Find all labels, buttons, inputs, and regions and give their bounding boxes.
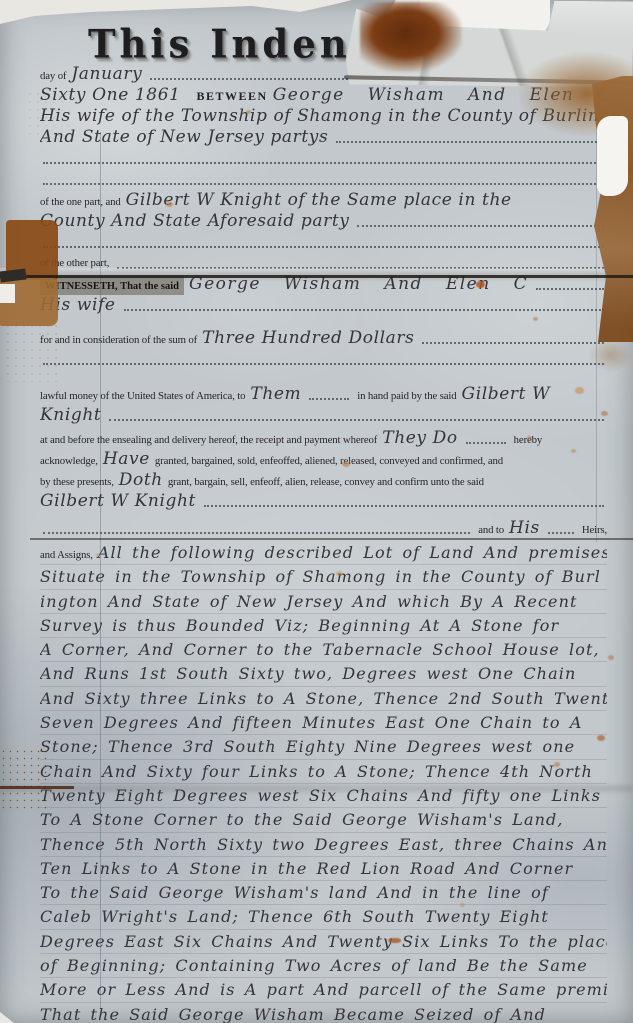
printed-text: grant, bargain, sell, enfeoff, alien, re… — [168, 472, 484, 491]
handwritten-text: Gilbert W Knight — [40, 491, 196, 512]
handwritten-text: His — [509, 518, 540, 539]
handwritten-text: Survey is thus Bounded Viz; Beginning At… — [40, 614, 559, 637]
scanned-deed-page: This Indenture MADE THE Twenty First day… — [0, 0, 633, 1023]
document-line: Degrees East Six Chains And Twenty Six L… — [40, 930, 607, 954]
document-line — [40, 349, 607, 370]
handwritten-text: His wife — [40, 295, 116, 316]
torn-hole-right — [597, 116, 628, 196]
document-line: Seven Degrees And fifteen Minutes East O… — [40, 711, 607, 735]
handwritten-text: Situate in the Township of Shamong in th… — [40, 565, 601, 588]
foxing-spot — [336, 571, 343, 576]
document-line: And Runs 1st South Sixty two, Degrees we… — [40, 662, 607, 686]
section-payment: lawful money of the United States of Ame… — [40, 384, 607, 426]
fill-line — [124, 309, 604, 311]
document-line: Caleb Wright's Land; Thence 6th South Tw… — [40, 905, 607, 929]
foxing-spot — [476, 281, 485, 288]
document-line: Ten Links to A Stone in the Red Lion Roa… — [40, 857, 607, 881]
document-line: More or Less And is A part And parcell o… — [40, 978, 607, 1002]
handwritten-text: To the Said George Wisham's land And in … — [40, 881, 549, 904]
handwritten-text: Them — [250, 384, 301, 405]
handwritten-text: Doth — [119, 470, 163, 491]
handwritten-text: They Do — [382, 428, 457, 449]
foxing-spot — [608, 655, 614, 660]
printed-bold-text: BETWEEN — [197, 86, 268, 106]
handwritten-text: All the following described Lot of Land … — [98, 541, 607, 564]
foxing-spot — [166, 202, 173, 207]
document-line — [40, 232, 607, 253]
handwritten-text: Chain And Sixty four Links to A Stone; T… — [40, 760, 593, 783]
section-description: and Assigns,All the following described … — [40, 541, 607, 1023]
document-line: His wife of the Township of Shamong in t… — [40, 106, 607, 127]
fill-line — [336, 141, 604, 143]
document-line: To A Stone Corner to the Said George Wis… — [40, 808, 607, 832]
printed-text: and to — [478, 520, 504, 539]
fill-line — [43, 532, 470, 534]
document-line: Sixty One 1861BETWEENGeorge Wisham And E… — [40, 85, 607, 106]
foxing-spot — [554, 762, 560, 767]
document-line: County And State Aforesaid party — [40, 211, 607, 232]
section-heirs: and toHisHeirs, — [40, 518, 607, 539]
document-line — [40, 169, 607, 190]
printed-text: and Assigns, — [40, 544, 93, 565]
handwritten-text: Stone; Thence 3rd South Eighty Nine Degr… — [40, 735, 575, 758]
fill-line — [43, 246, 604, 248]
document-lines: day ofJanuaryin the year of our Lord one… — [40, 64, 607, 1023]
document-line: And Sixty three Links to A Stone, Thence… — [40, 687, 607, 711]
handwritten-text: Sixty One 1861 — [40, 85, 181, 106]
handwritten-text: That the Said George Wisham Became Seize… — [40, 1003, 546, 1023]
foxing-spot — [571, 449, 576, 453]
handwritten-text: Degrees East Six Chains And Twenty Six L… — [40, 930, 607, 953]
section-consideration: for and in consideration of the sum ofTh… — [40, 328, 607, 370]
document-line: acknowledge,Havegranted, bargained, sold… — [40, 449, 607, 470]
fill-line — [204, 505, 604, 507]
section-grant: at and before the ensealing and delivery… — [40, 428, 607, 512]
fill-line — [43, 363, 604, 365]
document-line: Knight — [40, 405, 607, 426]
handwritten-text: Three Hundred Dollars — [202, 328, 414, 349]
foxing-spot — [527, 436, 532, 440]
document-line: And State of New Jersey partys — [40, 127, 607, 148]
printed-text: granted, bargained, sold, enfeoffed, ali… — [155, 451, 503, 470]
handwritten-text: And Sixty three Links to A Stone, Thence… — [40, 687, 607, 710]
printed-text: by these presents, — [40, 472, 114, 491]
document-line: Survey is thus Bounded Viz; Beginning At… — [40, 614, 607, 638]
handwritten-text: His wife of the Township of Shamong in t… — [40, 106, 607, 127]
handwritten-text: of Beginning; Containing Two Acres of la… — [40, 954, 588, 977]
document-line: To the Said George Wisham's land And in … — [40, 881, 607, 905]
document-line: for and in consideration of the sum ofTh… — [40, 328, 607, 349]
printed-text: Heirs, — [582, 520, 607, 539]
handwritten-text: Have — [103, 449, 150, 470]
handwritten-text: And Runs 1st South Sixty two, Degrees we… — [40, 662, 576, 685]
document-line: ington And State of New Jersey And which… — [40, 590, 607, 614]
document-line: Gilbert W Knight — [40, 491, 607, 512]
printed-text: lawful money of the United States of Ame… — [40, 386, 245, 405]
handwritten-text: Ten Links to A Stone in the Red Lion Roa… — [40, 857, 573, 880]
handwritten-text: To A Stone Corner to the Said George Wis… — [40, 808, 564, 831]
fill-line — [150, 78, 368, 80]
fold-crease-line-2 — [30, 538, 633, 540]
foxing-spot — [460, 903, 465, 907]
document-line: Chain And Sixty four Links to A Stone; T… — [40, 760, 607, 784]
fold-crease-shading-2 — [0, 785, 633, 792]
fill-line — [536, 288, 604, 290]
fill-line — [109, 419, 604, 421]
foxing-spot — [96, 553, 100, 557]
handwritten-text: More or Less And is A part And parcell o… — [40, 978, 607, 1001]
document-line: Stone; Thence 3rd South Eighty Nine Degr… — [40, 735, 607, 759]
handwritten-text: Gilbert W Knight of the Same place in th… — [126, 190, 512, 211]
handwritten-text: George Wisham And Elen C — [273, 85, 607, 106]
fold-edge-highlight — [0, 284, 15, 303]
document-line: A Corner, And Corner to the Tabernacle S… — [40, 638, 607, 662]
fill-line — [309, 398, 349, 400]
document-line: His wife — [40, 295, 607, 316]
document-line: of Beginning; Containing Two Acres of la… — [40, 954, 607, 978]
document-line: That the Said George Wisham Became Seize… — [40, 1003, 607, 1023]
fold-crease-line — [0, 275, 633, 278]
printed-text: for and in consideration of the sum of — [40, 330, 197, 349]
foxing-spot — [246, 110, 251, 114]
handwritten-text: ington And State of New Jersey And which… — [40, 590, 578, 613]
fill-line — [466, 442, 506, 444]
document-line: Thence 5th North Sixty two Degrees East,… — [40, 833, 607, 857]
handwritten-text: Gilbert W — [462, 384, 551, 405]
fill-line — [43, 183, 604, 185]
fill-line — [357, 225, 604, 227]
handwritten-text: Caleb Wright's Land; Thence 6th South Tw… — [40, 905, 549, 928]
document-line: by these presents,Dothgrant, bargain, se… — [40, 470, 607, 491]
fill-line — [548, 532, 574, 534]
printed-text: day of — [40, 66, 66, 85]
foxing-spot — [601, 411, 608, 416]
handwritten-text: Thence 5th North Sixty two Degrees East,… — [40, 833, 607, 856]
handwritten-text: County And State Aforesaid party — [40, 211, 349, 232]
document-line: lawful money of the United States of Ame… — [40, 384, 607, 405]
printed-text: in hand paid by the said — [357, 386, 456, 405]
printed-text: at and before the ensealing and delivery… — [40, 430, 377, 449]
foxing-spot — [342, 461, 350, 467]
handwritten-text: Seven Degrees And fifteen Minutes East O… — [40, 711, 582, 734]
document-line: at and before the ensealing and delivery… — [40, 428, 607, 449]
document-line: and toHisHeirs, — [40, 518, 607, 539]
foxing-spot — [533, 317, 538, 321]
fill-line — [43, 162, 604, 164]
foxing-spot — [575, 387, 584, 394]
handwritten-text: Knight — [40, 405, 101, 426]
printed-text: of the one part, and — [40, 192, 121, 211]
document-line: Situate in the Township of Shamong in th… — [40, 565, 607, 589]
document-line: and Assigns,All the following described … — [40, 541, 607, 565]
printed-text: acknowledge, — [40, 451, 98, 470]
fill-line — [422, 342, 604, 344]
handwritten-text: A Corner, And Corner to the Tabernacle S… — [40, 638, 600, 661]
handwritten-text: And State of New Jersey partys — [40, 127, 328, 148]
document-line — [40, 148, 607, 169]
handwritten-text: January — [71, 64, 142, 85]
foxing-spot — [597, 735, 605, 741]
document-line: of the one part, andGilbert W Knight of … — [40, 190, 607, 211]
foxing-spot — [388, 938, 401, 943]
